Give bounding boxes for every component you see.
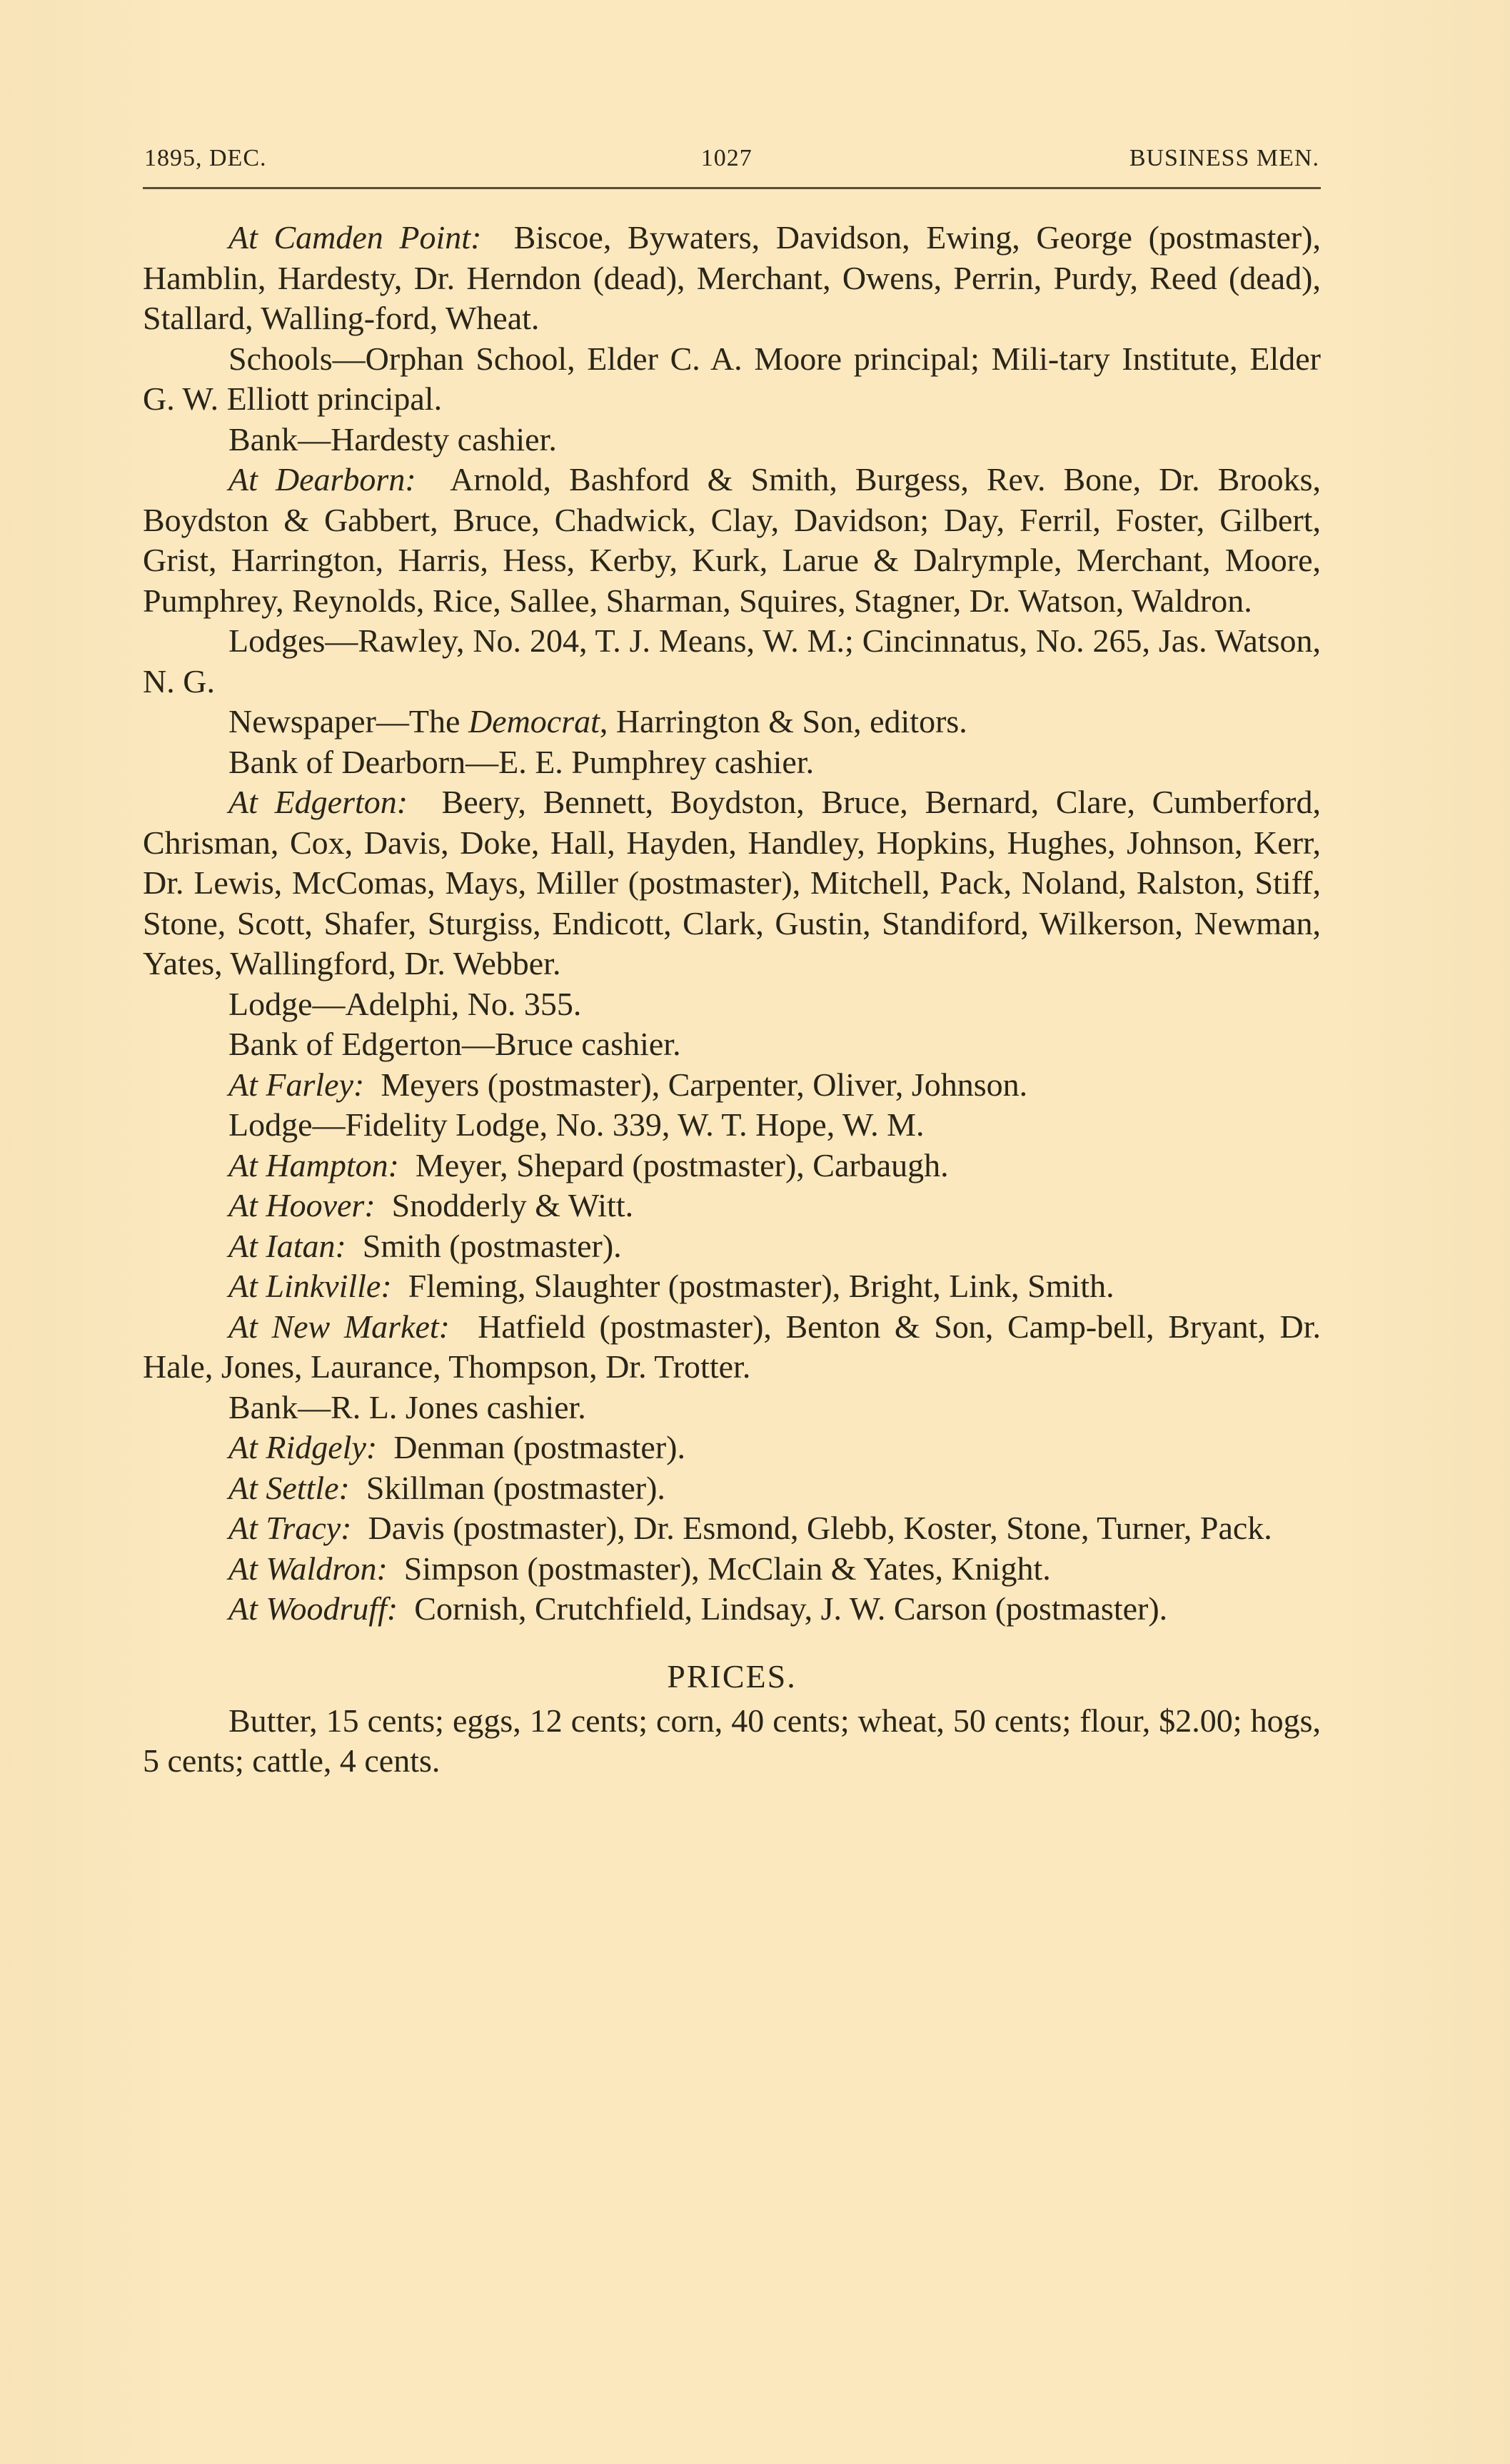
- paragraph-text: Bank of Dearborn—E. E. Pumphrey cashier.: [228, 744, 814, 780]
- paragraph-text: Butter, 15 cents; eggs, 12 cents; corn, …: [143, 1702, 1321, 1779]
- paragraph-text: Bank of Edgerton—Bruce cashier.: [228, 1026, 681, 1062]
- place-name: At Tracy:: [228, 1510, 351, 1546]
- page: 1895, DEC. 1027 BUSINESS MEN. At Camden …: [143, 140, 1321, 1782]
- place-name: At Woodruff:: [228, 1590, 398, 1627]
- paragraph-hoover: At Hoover: Snodderly & Witt.: [143, 1186, 1321, 1226]
- paragraph-bank-of-edgerton: Bank of Edgerton—Bruce cashier.: [143, 1024, 1321, 1065]
- body-text: At Camden Point: Biscoe, Bywaters, David…: [143, 218, 1321, 1782]
- paragraph-hampton: At Hampton: Meyer, Shepard (postmaster),…: [143, 1146, 1321, 1186]
- paragraph-text: Snodderly & Witt.: [392, 1187, 633, 1223]
- paragraph-text: Lodge—Fidelity Lodge, No. 339, W. T. Hop…: [228, 1106, 925, 1143]
- header-rule: [143, 187, 1321, 189]
- paragraph-camden-point: At Camden Point: Biscoe, Bywaters, David…: [143, 218, 1321, 339]
- newspaper-title: Democrat: [468, 703, 600, 739]
- place-name: At Farley:: [228, 1066, 364, 1103]
- paragraph-text: Denman (postmaster).: [393, 1429, 685, 1465]
- place-name: At New Market:: [228, 1308, 450, 1345]
- running-head: 1895, DEC. 1027 BUSINESS MEN.: [143, 140, 1321, 177]
- paragraph-text: Bank—Hardesty cashier.: [228, 421, 557, 458]
- paragraph-tracy: At Tracy: Davis (postmaster), Dr. Esmond…: [143, 1508, 1321, 1549]
- paragraph-prices: Butter, 15 cents; eggs, 12 cents; corn, …: [143, 1701, 1321, 1782]
- paragraph-text: , Harrington & Son, editors.: [600, 703, 967, 739]
- paragraph-iatan: At Iatan: Smith (postmaster).: [143, 1226, 1321, 1267]
- paragraph-text: Lodges—Rawley, No. 204, T. J. Means, W. …: [143, 622, 1321, 700]
- paragraph-text: Skillman (postmaster).: [366, 1470, 665, 1506]
- paragraph-text: Bank—R. L. Jones cashier.: [228, 1389, 586, 1425]
- paragraph-woodruff: At Woodruff: Cornish, Crutchfield, Linds…: [143, 1589, 1321, 1630]
- paragraph-waldron: At Waldron: Simpson (postmaster), McClai…: [143, 1549, 1321, 1590]
- paragraph-text: Cornish, Crutchfield, Lindsay, J. W. Car…: [414, 1590, 1167, 1627]
- paragraph-farley: At Farley: Meyers (postmaster), Carpente…: [143, 1065, 1321, 1106]
- paragraph-newspaper: Newspaper—The Democrat, Harrington & Son…: [143, 702, 1321, 742]
- page-number: 1027: [701, 140, 753, 177]
- paragraph-text: Davis (postmaster), Dr. Esmond, Glebb, K…: [368, 1510, 1272, 1546]
- paragraph-text: Newspaper—The: [228, 703, 468, 739]
- paragraph-lodges: Lodges—Rawley, No. 204, T. J. Means, W. …: [143, 621, 1321, 702]
- paragraph-linkville: At Linkville: Fleming, Slaughter (postma…: [143, 1266, 1321, 1307]
- paragraph-text: Smith (postmaster).: [363, 1228, 622, 1264]
- paragraph-bank-of-dearborn: Bank of Dearborn—E. E. Pumphrey cashier.: [143, 742, 1321, 783]
- paragraph-text: Simpson (postmaster), McClain & Yates, K…: [404, 1550, 1051, 1587]
- paragraph-text: Schools—Orphan School, Elder C. A. Moore…: [143, 340, 1321, 418]
- place-name: At Linkville:: [228, 1268, 392, 1304]
- paragraph-text: Meyers (postmaster), Carpenter, Oliver, …: [381, 1066, 1027, 1103]
- paragraph-text: Lodge—Adelphi, No. 355.: [228, 986, 581, 1022]
- paragraph-new-market: At New Market: Hatfield (postmaster), Be…: [143, 1307, 1321, 1388]
- paragraph-dearborn: At Dearborn: Arnold, Bashford & Smith, B…: [143, 460, 1321, 621]
- paragraph-edgerton: At Edgerton: Beery, Bennett, Boydston, B…: [143, 782, 1321, 984]
- place-name: At Hoover:: [228, 1187, 376, 1223]
- paragraph-lodge-fidelity: Lodge—Fidelity Lodge, No. 339, W. T. Hop…: [143, 1105, 1321, 1146]
- running-head-section: BUSINESS MEN.: [1129, 140, 1319, 177]
- place-name: At Hampton:: [228, 1147, 399, 1183]
- running-head-date: 1895, DEC.: [144, 140, 267, 177]
- place-name: At Waldron:: [228, 1550, 388, 1587]
- paragraph-schools: Schools—Orphan School, Elder C. A. Moore…: [143, 339, 1321, 420]
- place-name: At Settle:: [228, 1470, 350, 1506]
- paragraph-text: Fleming, Slaughter (postmaster), Bright,…: [408, 1268, 1114, 1304]
- place-name: At Edgerton:: [228, 784, 408, 820]
- paragraph-bank: Bank—Hardesty cashier.: [143, 420, 1321, 460]
- place-name: At Ridgely:: [228, 1429, 377, 1465]
- place-name: At Dearborn:: [228, 461, 416, 498]
- paragraph-bank-new-market: Bank—R. L. Jones cashier.: [143, 1388, 1321, 1428]
- paragraph-text: Meyer, Shepard (postmaster), Carbaugh.: [416, 1147, 949, 1183]
- place-name: At Iatan:: [228, 1228, 346, 1264]
- prices-heading: PRICES.: [143, 1657, 1321, 1697]
- place-name: At Camden Point:: [228, 219, 481, 256]
- paragraph-ridgely: At Ridgely: Denman (postmaster).: [143, 1428, 1321, 1468]
- paragraph-settle: At Settle: Skillman (postmaster).: [143, 1468, 1321, 1509]
- paragraph-lodge-adelphi: Lodge—Adelphi, No. 355.: [143, 984, 1321, 1025]
